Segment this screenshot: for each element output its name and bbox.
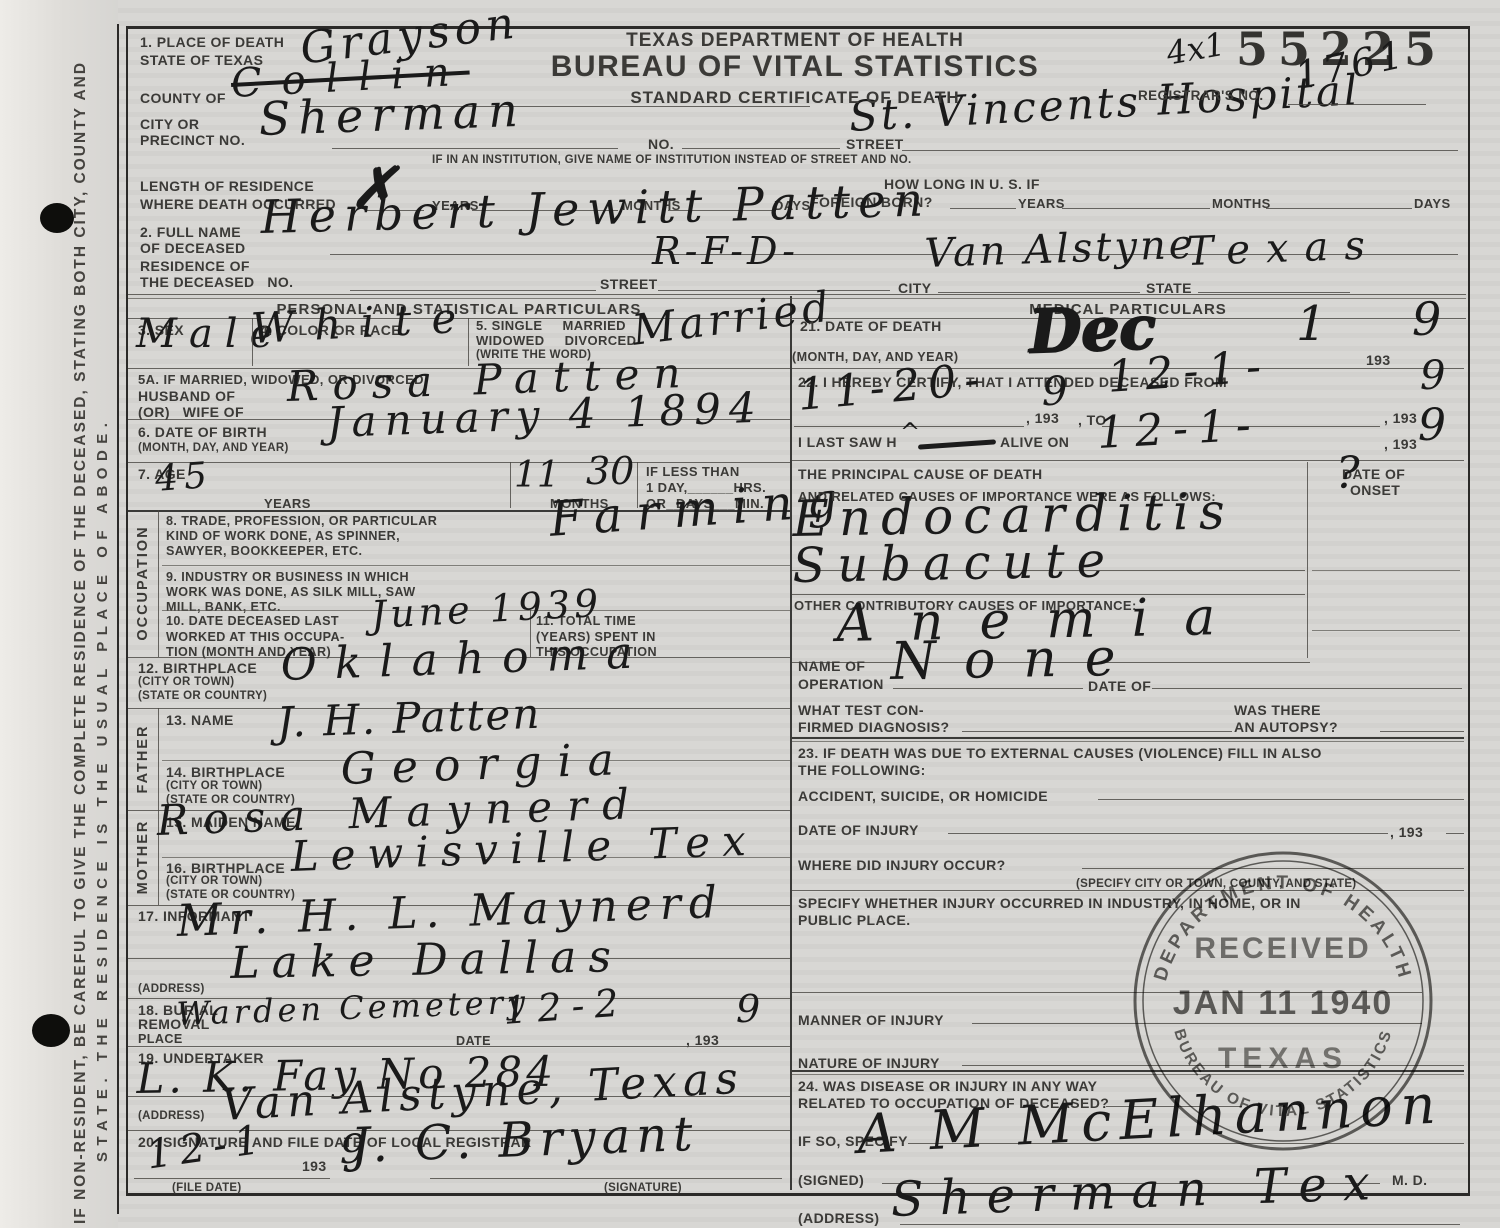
father-name-label: 13. NAME (166, 712, 234, 728)
last-worked-value: June 1939 (370, 584, 603, 634)
injury-specify-2: PUBLIC PLACE. (798, 912, 911, 928)
father-side-label: FATHER (135, 725, 151, 794)
cause-label-1: THE PRINCIPAL CAUSE OF DEATH (798, 466, 1043, 482)
spouse-label-3: (OR) WIFE OF (138, 404, 244, 420)
test-label-2: FIRMED DIAGNOSIS? (798, 719, 949, 735)
age-less-1: IF LESS THAN (646, 464, 740, 479)
occupation-strip-line (158, 510, 159, 657)
operation-date-label: DATE OF (1088, 678, 1151, 694)
onset-rule-2 (1312, 630, 1460, 631)
stamp-date-text: JAN 11 1940 (1173, 984, 1394, 1022)
trade-label-1: 8. TRADE, PROFESSION, OR PARTICULAR (166, 514, 437, 528)
full-name-label-1: 2. FULL NAME (140, 224, 241, 240)
mother-bp-label: 16. BIRTHPLACE (166, 860, 285, 876)
injury-date-year: , 193 (1390, 824, 1423, 840)
residence-label-1: RESIDENCE OF (140, 258, 250, 274)
occupation-side-label: OCCUPATION (135, 525, 151, 640)
agency-line-1: TEXAS DEPARTMENT OF HEALTH (560, 30, 1030, 52)
county-label: COUNTY OF (140, 90, 226, 106)
father-strip-line (158, 708, 159, 810)
external-label-2: THE FOLLOWING: (798, 762, 926, 778)
dob-label-2: (MONTH, DAY, AND YEAR) (138, 442, 289, 454)
registrar-no-label: REGISTRAR'S NO. (1138, 88, 1263, 103)
dod-day-value: 1 (1296, 300, 1327, 348)
residence-state-rule (1198, 292, 1350, 293)
residence-no-rule (350, 290, 596, 291)
injury-date-year-rule (1446, 833, 1464, 834)
physician-address-value: Sherman Tex (890, 1159, 1387, 1224)
age-days-value: 30 (586, 452, 634, 490)
no-rule (682, 148, 840, 149)
cause-value-2: Subacute (792, 536, 1117, 590)
last-saw-label-1: I LAST SAW H (798, 434, 897, 450)
q24-label-1: 24. WAS DISEASE OR INJURY IN ANY WAY (798, 1078, 1097, 1094)
last-worked-label-1: 10. DATE DECEASED LAST (166, 614, 339, 628)
to-year-digit: 9 (1420, 356, 1445, 396)
residence-label-2: THE DECEASED NO. (140, 274, 293, 290)
institution-note: IF IN AN INSTITUTION, GIVE NAME OF INSTI… (432, 154, 911, 166)
test-rule (962, 731, 1232, 732)
burial-year-digit: 9 (736, 990, 760, 1028)
full-name-label-2: OF DECEASED (140, 240, 246, 256)
last-saw-label-2: ALIVE ON (1000, 434, 1069, 450)
autopsy-rule (1380, 731, 1464, 732)
industry-label-1: 9. INDUSTRY OR BUSINESS IN WHICH (166, 570, 409, 584)
burial-label-3: PLACE (138, 1032, 183, 1046)
residence-city-value: Van Alstyne (924, 225, 1196, 274)
file-date-rule (134, 1178, 330, 1179)
spouse-label-2: HUSBAND OF (138, 388, 235, 404)
punch-hole-bottom (32, 1014, 70, 1047)
row-rule-15 (128, 1046, 790, 1047)
injury-date-rule (948, 833, 1388, 834)
agency-line-3: STANDARD CERTIFICATE OF DEATH (548, 88, 1042, 108)
us-rule-1 (950, 208, 1016, 209)
place-of-death-label: 1. PLACE OF DEATH (140, 34, 284, 50)
physician-address-label: (ADDRESS) (798, 1210, 879, 1226)
margin-note-line1: IF NON-RESIDENT, BE CAREFUL TO GIVE THE … (72, 61, 90, 1224)
onset-rule-1 (1312, 570, 1460, 571)
us-rule-3 (1266, 208, 1412, 209)
autopsy-label-2: AN AUTOPSY? (1234, 719, 1338, 735)
external-label-1: 23. IF DEATH WAS DUE TO EXTERNAL CAUSES … (798, 745, 1322, 761)
mother-side-label: MOTHER (135, 820, 151, 895)
from-year-digit: 9 (1042, 372, 1067, 412)
stamp-arc-top: DEPARTMENT OF HEALTH (1150, 872, 1415, 983)
informant-address-label: (ADDRESS) (138, 983, 205, 995)
punch-hole-top (40, 203, 74, 233)
row-rule-5 (162, 565, 790, 566)
no-label: NO. (648, 136, 674, 152)
us-months-label: MONTHS (1212, 196, 1271, 211)
trade-label-2: KIND OF WORK DONE, AS SPINNER, (166, 529, 400, 543)
age-years-label: YEARS (264, 496, 311, 511)
registrar-signature: J. C. Bryant (350, 1110, 699, 1170)
registrar-no-rule (1288, 104, 1426, 105)
operation-rule (893, 688, 1083, 689)
last-saw-value: 12-1- (1096, 403, 1262, 456)
city-rule (332, 148, 618, 149)
informant-address-value: Lake Dallas (230, 935, 623, 986)
accident-rule (1098, 799, 1464, 800)
residence-street-value: R-F-D- (652, 232, 799, 270)
operation-date-rule (1152, 688, 1462, 689)
dod-label: 21. DATE OF DEATH (800, 318, 942, 334)
marital-label-1: 5. SINGLE MARRIED (476, 318, 626, 333)
city-label-1: CITY OR (140, 116, 199, 132)
form-edge-line (117, 24, 119, 1214)
received-stamp: DEPARTMENT OF HEALTH BUREAU OF VITAL STA… (1128, 846, 1438, 1156)
birthplace-label: 12. BIRTHPLACE (138, 660, 257, 676)
father-bp-sub-1: (CITY OR TOWN) (166, 780, 262, 792)
birthplace-value: Oklahoma (280, 631, 651, 688)
to-year-printed: , 193 (1384, 410, 1417, 426)
city-handwritten: Sherman (258, 87, 526, 142)
stamp-state-text: TEXAS (1218, 1042, 1348, 1075)
residence-state-value: Texas (1186, 225, 1381, 272)
father-name-value: J. H. Patten (276, 693, 542, 744)
father-bp-label: 14. BIRTHPLACE (166, 764, 285, 780)
undertaker-address-label: (ADDRESS) (138, 1110, 205, 1122)
death-certificate-scan: IF NON-RESIDENT, BE CAREFUL TO GIVE THE … (0, 0, 1500, 1228)
dod-year-digit: 9 (1412, 296, 1441, 342)
nature-label: NATURE OF INJURY (798, 1055, 940, 1071)
injury-date-label: DATE OF INJURY (798, 822, 919, 838)
accident-label: ACCIDENT, SUICIDE, OR HOMICIDE (798, 788, 1048, 804)
mother-bp-sub-1: (CITY OR TOWN) (166, 875, 262, 887)
birthplace-sub-1: (CITY OR TOWN) (138, 676, 234, 688)
attended-to-value: 12-1- (1106, 345, 1272, 400)
med-rule-2 (792, 460, 1464, 461)
manner-label: MANNER OF INJURY (798, 1012, 944, 1028)
signed-label: (SIGNED) (798, 1172, 864, 1188)
residence-street-label: STREET (600, 276, 658, 292)
city-label-2: PRECINCT NO. (140, 132, 245, 148)
signature-caption: (SIGNATURE) (604, 1182, 682, 1194)
margin-note-line2: STATE. THE RESIDENCE IS THE USUAL PLACE … (94, 417, 111, 1162)
last-saw-year-digit: 9 (1418, 404, 1446, 448)
age-months-value: 11 (514, 458, 560, 494)
med-rule-4 (792, 741, 1464, 742)
industry-label-3: MILL, BANK, ETC. (166, 600, 281, 614)
autopsy-label-1: WAS THERE (1234, 702, 1321, 718)
burial-date-value: 12-2 (502, 983, 630, 1030)
injury-where-label: WHERE DID INJURY OCCUR? (798, 857, 1006, 873)
dod-year-printed: 193 (1366, 352, 1391, 368)
last-saw-year-printed: , 193 (1384, 436, 1417, 452)
us-days-label: DAYS (1414, 196, 1451, 211)
file-date-caption: (FILE DATE) (172, 1182, 242, 1194)
us-rule-2 (1062, 208, 1210, 209)
row-rule-3 (128, 462, 790, 463)
med-rule-3 (792, 737, 1464, 739)
us-years-label: YEARS (1018, 196, 1065, 211)
operation-label-2: OPERATION (798, 676, 884, 692)
code-handwritten: 4x1 (1164, 28, 1227, 70)
signature-rule (430, 1178, 782, 1179)
svg-text:DEPARTMENT OF HEALTH: DEPARTMENT OF HEALTH (1150, 872, 1415, 983)
age-years-value: 45 (154, 458, 214, 498)
race-value: White (250, 296, 477, 350)
last-saw-caret: ^ (900, 420, 920, 444)
operation-label-1: NAME OF (798, 658, 865, 674)
onset-box-line (1307, 462, 1308, 658)
dob-label-1: 6. DATE OF BIRTH (138, 424, 267, 440)
residence-city-rule (938, 292, 1140, 293)
birthplace-sub-2: (STATE OR COUNTRY) (138, 690, 267, 702)
marital-label-2: WIDOWED DIVORCED (476, 333, 636, 348)
onset-value: ? (1336, 452, 1360, 496)
stamp-received-text: RECEIVED (1194, 932, 1371, 965)
signed-suffix: M. D. (1392, 1172, 1427, 1188)
trade-label-3: SAWYER, BOOKKEEPER, ETC. (166, 544, 362, 558)
age-divider-1 (510, 462, 511, 508)
file-year-printed: 193 (302, 1158, 327, 1174)
street-rule (902, 150, 1458, 151)
agency-line-2: BUREAU OF VITAL STATISTICS (530, 50, 1060, 84)
column-divider (790, 296, 792, 1190)
test-label-1: WHAT TEST CON- (798, 702, 924, 718)
